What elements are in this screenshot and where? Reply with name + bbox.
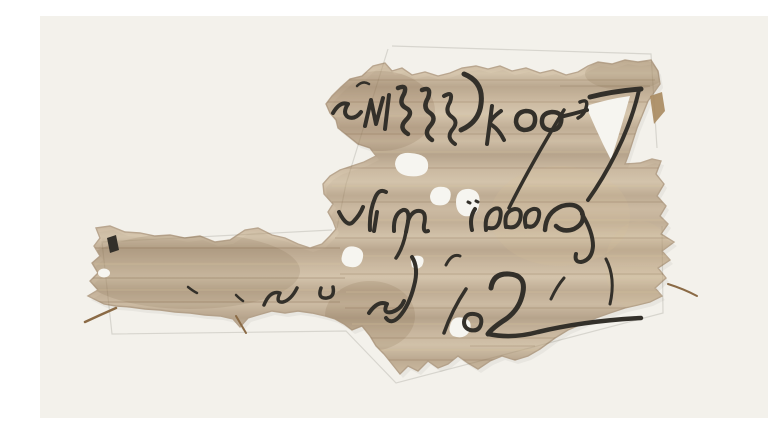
papyrus-photograph: Irregular torn papyrus fragment, brown w… — [40, 16, 768, 418]
papyrus-scan: Irregular torn papyrus fragment, brown w… — [40, 16, 768, 418]
